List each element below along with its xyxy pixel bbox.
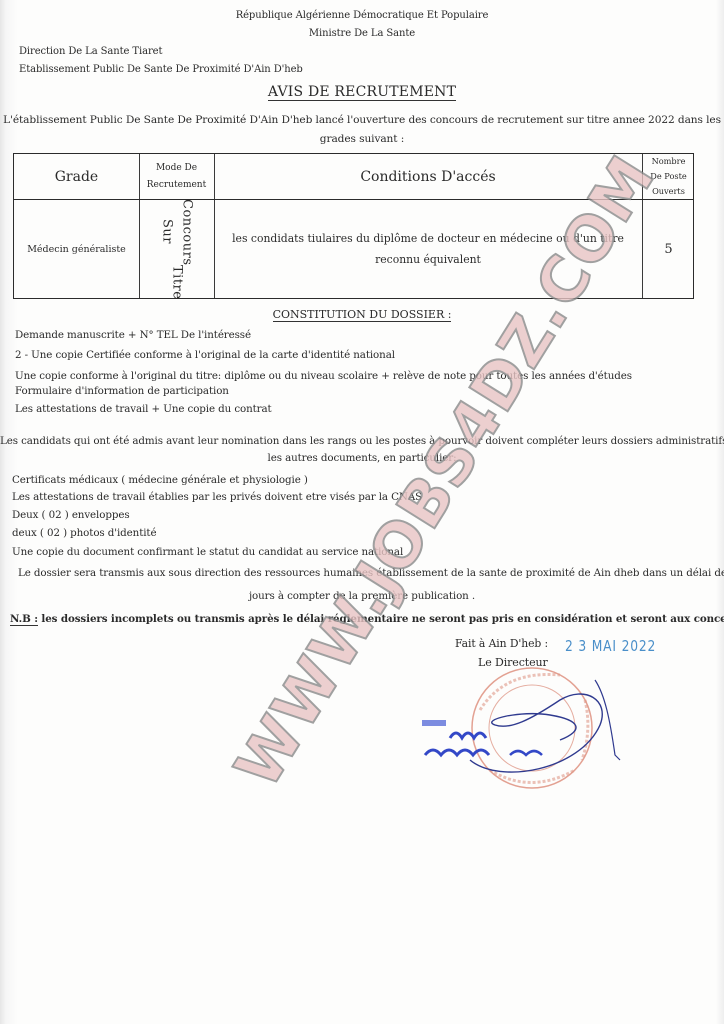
dossier-item: Une copie conforme à l'original du titre… bbox=[15, 370, 632, 383]
official-seal-and-signature bbox=[410, 660, 640, 800]
intro-line-1: L'établissement Public De Sante De Proxi… bbox=[0, 114, 724, 127]
dossier-item: 2 - Une copie Certifiée conforme à l'ori… bbox=[15, 349, 395, 362]
nb-label: N.B : bbox=[10, 613, 38, 626]
dossier-title: CONSTITUTION DU DOSSIER : bbox=[0, 308, 724, 321]
dossier-item: Demande manuscrite + N° TEL De l'intéres… bbox=[15, 329, 251, 342]
page-title: AVIS DE RECRUTEMENT bbox=[0, 84, 724, 100]
ministry-header: Ministre De La Sante bbox=[0, 27, 724, 40]
admitted-line-1: Les candidats qui ont été admis avant le… bbox=[0, 435, 724, 448]
page-title-text: AVIS DE RECRUTEMENT bbox=[268, 84, 456, 101]
header-nombre-line-2: De Poste bbox=[650, 169, 686, 184]
header-nombre-line-1: Nombre bbox=[652, 154, 686, 169]
cell-nombre: 5 bbox=[642, 200, 695, 298]
extra-item: Certificats médicaux ( médecine générale… bbox=[12, 474, 308, 487]
dossier-title-text: CONSTITUTION DU DOSSIER : bbox=[273, 308, 452, 322]
scan-shadow-right bbox=[716, 0, 724, 1024]
extra-item: deux ( 02 ) photos d'identité bbox=[12, 527, 156, 540]
direction-line: Direction De La Sante Tiaret bbox=[19, 45, 162, 58]
cell-mode-line-2: Titre bbox=[167, 265, 187, 299]
transmit-line-2: jours à compter de la première publicati… bbox=[0, 590, 724, 603]
header-mode-line-2: Recrutement bbox=[147, 177, 206, 194]
extra-item: Les attestations de travail établies par… bbox=[12, 491, 422, 504]
nb-note: N.B : les dossiers incomplets ou transmi… bbox=[10, 613, 724, 626]
header-grade: Grade bbox=[14, 154, 139, 199]
recruitment-table: Grade Mode De Recrutement Conditions D'a… bbox=[13, 153, 694, 299]
header-nombre-line-3: Ouverts bbox=[652, 184, 685, 199]
cell-grade: Médecin généraliste bbox=[14, 200, 139, 298]
header-mode: Mode De Recrutement bbox=[139, 154, 214, 199]
republic-header: République Algérienne Démocratique Et Po… bbox=[0, 9, 724, 22]
intro-line-2: grades suivant : bbox=[0, 133, 724, 146]
cell-mode: Concours Sur Titre bbox=[139, 200, 214, 298]
dossier-item: Les attestations de travail + Une copie … bbox=[15, 403, 272, 416]
cell-conditions: les condidats tiulaires du diplôme de do… bbox=[214, 200, 642, 298]
cell-mode-rotated: Concours Sur Titre bbox=[157, 199, 197, 300]
header-nombre: Nombre De Poste Ouverts bbox=[642, 154, 695, 199]
cell-mode-line-1: Concours Sur bbox=[157, 199, 197, 266]
nb-text: les dossiers incomplets ou transmis aprè… bbox=[38, 613, 724, 625]
dossier-item: Formulaire d'information de participatio… bbox=[15, 385, 229, 398]
place-label: Fait à Ain D'heb : bbox=[455, 637, 548, 650]
establishment-line: Etablissement Public De Sante De Proximi… bbox=[19, 63, 303, 76]
header-conditions: Conditions D'accés bbox=[214, 154, 642, 199]
header-mode-line-1: Mode De bbox=[156, 160, 197, 177]
admitted-line-2: les autres documents, en particulier: bbox=[0, 452, 724, 465]
date-stamp: 2 3 MAI 2022 bbox=[565, 637, 656, 655]
extra-item: Une copie du document confirmant le stat… bbox=[12, 546, 403, 559]
seal-icon bbox=[410, 660, 640, 800]
extra-item: Deux ( 02 ) enveloppes bbox=[12, 509, 130, 522]
transmit-line-1: Le dossier sera transmis aux sous direct… bbox=[18, 567, 724, 580]
